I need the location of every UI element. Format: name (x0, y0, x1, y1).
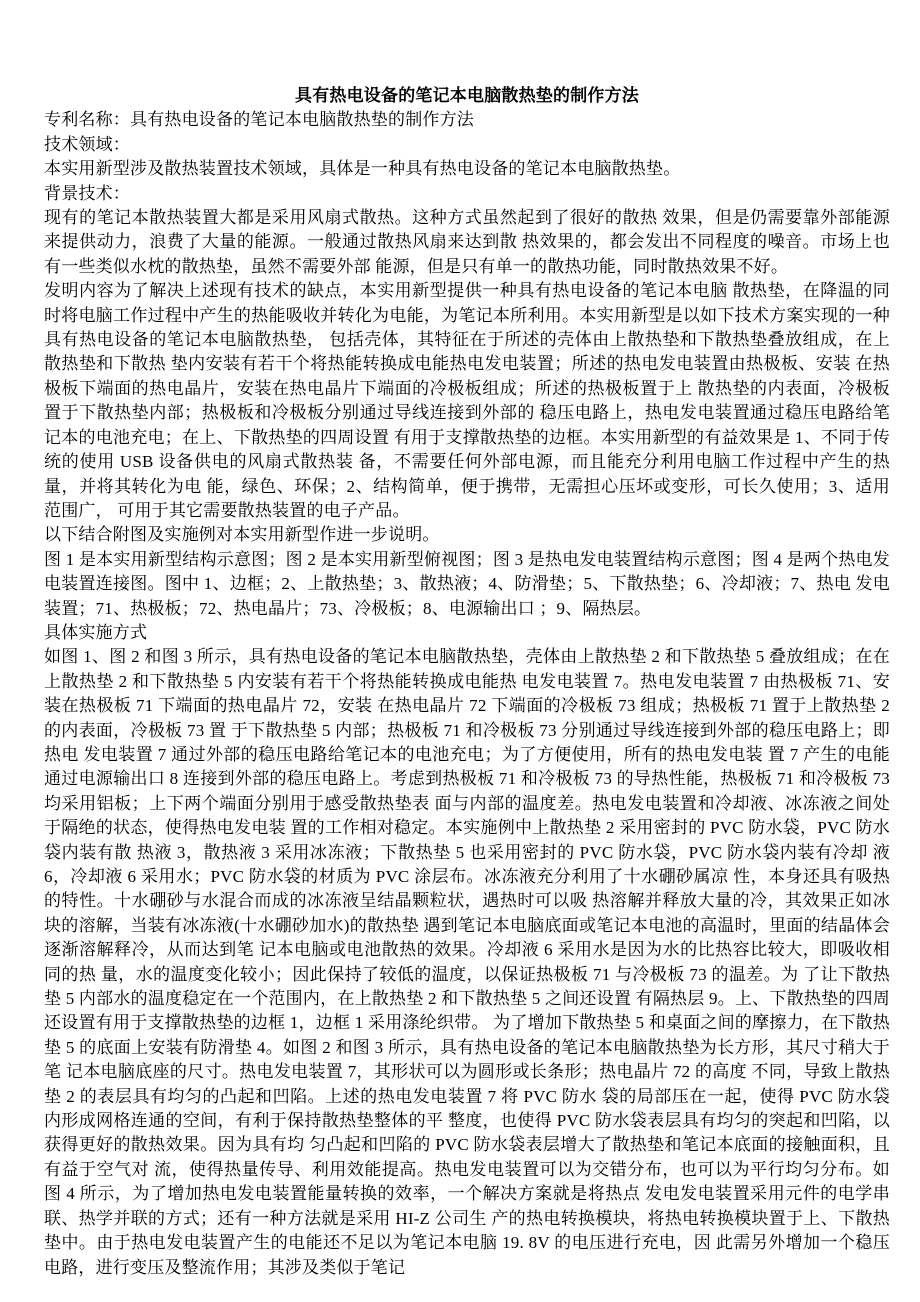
paragraph: 以下结合附图及实施例对本实用新型作进一步说明。 (44, 523, 890, 547)
paragraph: 具体实施方式 (44, 621, 890, 645)
paragraph: 发明内容为了解决上述现有技术的缺点，本实用新型提供一种具有热电设备的笔记本电脑 … (44, 279, 890, 523)
paragraph: 图 1 是本实用新型结构示意图；图 2 是本实用新型俯视图；图 3 是热电发电装… (44, 548, 890, 621)
document-title: 具有热电设备的笔记本电脑散热垫的制作方法 (44, 84, 890, 108)
paragraph: 本实用新型涉及散热装置技术领域，具体是一种具有热电设备的笔记本电脑散热垫。 (44, 157, 890, 181)
paragraph: 技术领域： (44, 133, 890, 157)
paragraph: 现有的笔记本散热装置大都是采用风扇式散热。这种方式虽然起到了很好的散热 效果，但… (44, 206, 890, 279)
paragraph: 专利名称：具有热电设备的笔记本电脑散热垫的制作方法 (44, 108, 890, 132)
paragraph: 如图 1、图 2 和图 3 所示，具有热电设备的笔记本电脑散热垫，壳体由上散热垫… (44, 645, 890, 1280)
document-content: 具有热电设备的笔记本电脑散热垫的制作方法专利名称：具有热电设备的笔记本电脑散热垫… (44, 84, 890, 1280)
paragraph: 背景技术： (44, 182, 890, 206)
patent-document-page: 具有热电设备的笔记本电脑散热垫的制作方法专利名称：具有热电设备的笔记本电脑散热垫… (0, 0, 920, 1302)
